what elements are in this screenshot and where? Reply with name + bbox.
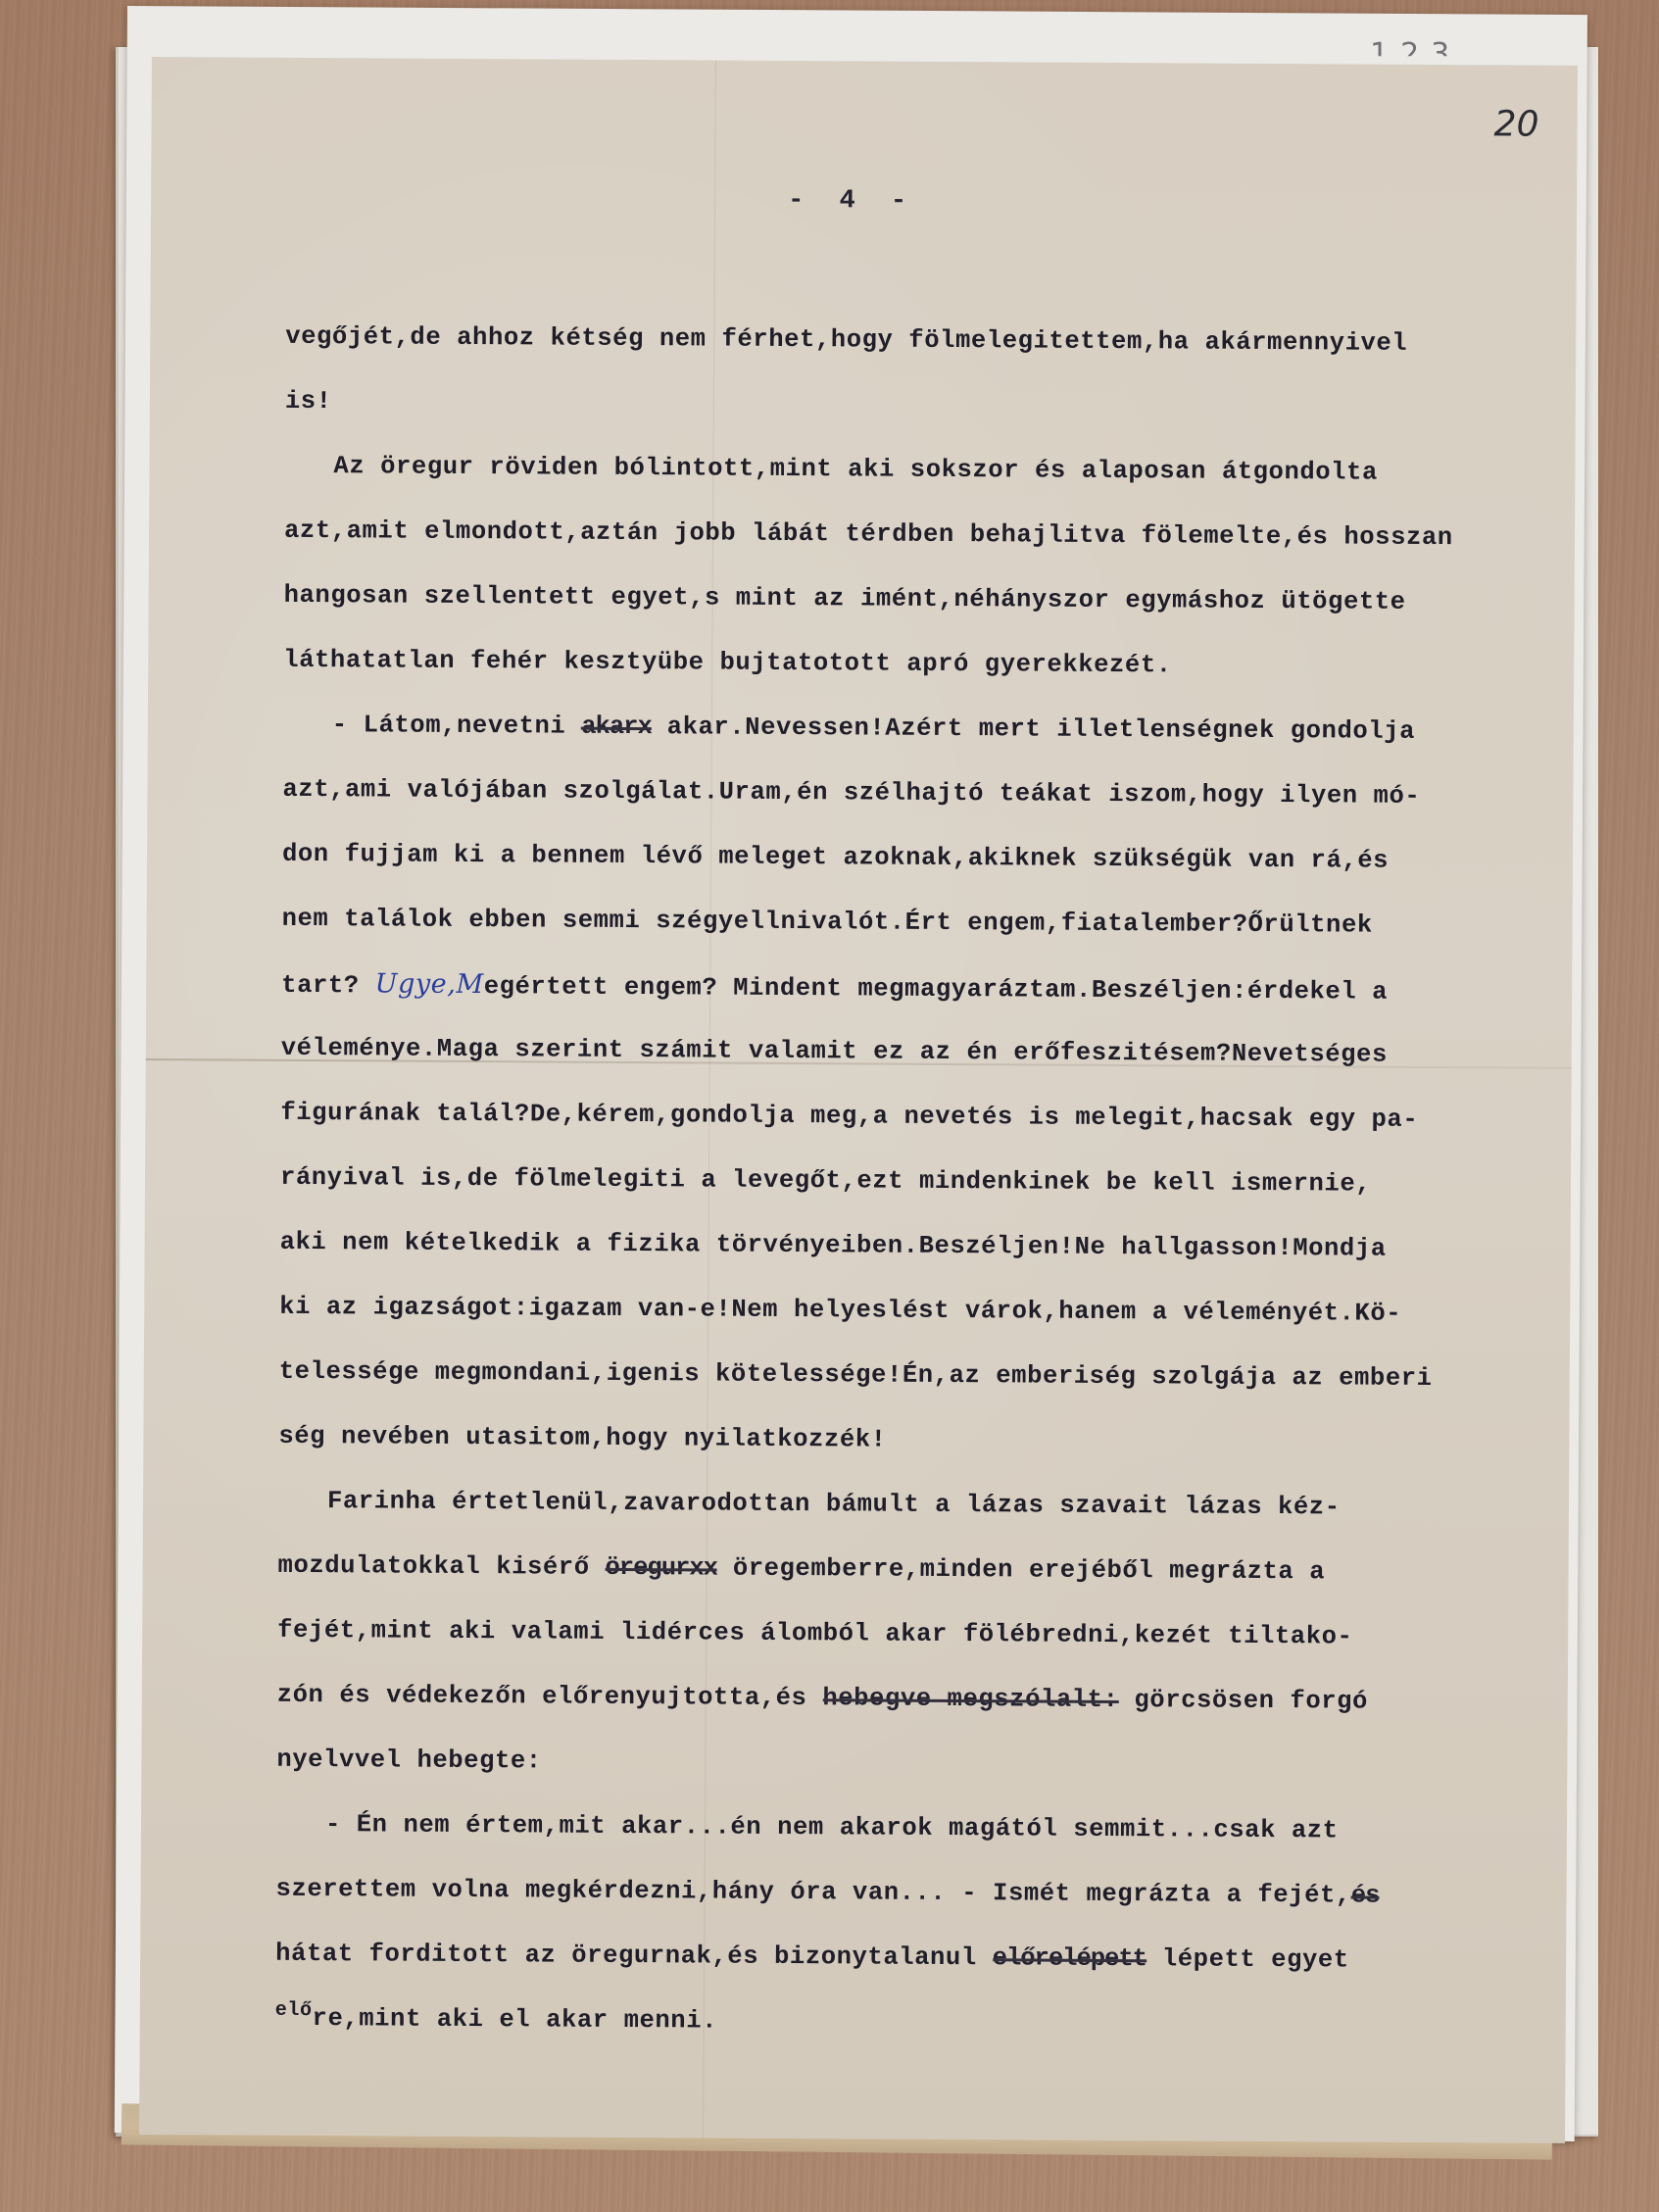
- text-line: ség nevében utasitom,hogy nyilatkozzék!: [278, 1404, 1562, 1477]
- typed-text: láthatatlan fehér kesztyübe bujtatotott …: [283, 646, 1172, 680]
- text-line: don fujjam ki a bennem lévő meleget azok…: [282, 822, 1566, 895]
- superscript-text: elő: [275, 1999, 313, 2022]
- typed-text: azt,ami valójában szolgálat.Uram,én szél…: [282, 775, 1420, 811]
- typed-text: mozdulatokkal kisérő: [278, 1551, 606, 1582]
- text-line: előre,mint aki el akar menni.: [275, 1987, 1559, 2059]
- typed-text: telessége megmondani,igenis kötelessége!…: [279, 1357, 1433, 1393]
- typed-text: vegőjét,de ahhoz kétség nem férhet,hogy …: [285, 322, 1407, 358]
- text-line: nem találok ebben semmi szégyellnivalót.…: [281, 887, 1565, 959]
- typed-text: hátat forditott az öregurnak,és bizonyta…: [275, 1940, 993, 1972]
- typed-text: rányival is,de fölmelegiti a levegőt,ezt…: [280, 1163, 1371, 1199]
- text-line: zón és védekezőn előrenyujtotta,és hebeg…: [277, 1663, 1561, 1736]
- typed-text: figurának talál?De,kérem,gondolja meg,a …: [280, 1099, 1418, 1134]
- crossed-out-word: öregurxx: [605, 1553, 717, 1583]
- text-line: telessége megmondani,igenis kötelessége!…: [279, 1340, 1563, 1412]
- typed-text: nem találok ebben semmi szégyellnivalót.…: [282, 905, 1373, 940]
- page-number: - 4 -: [788, 186, 916, 217]
- typed-text: - Látom,nevetni: [332, 711, 582, 741]
- text-line: hátat forditott az öregurnak,és bizonyta…: [275, 1922, 1559, 1994]
- typed-text: hangosan szellentett egyet,s mint az imé…: [284, 581, 1406, 616]
- typed-text: Az öregur röviden bólintott,mint aki sok…: [333, 452, 1378, 487]
- typed-text: nyelvvel hebegte:: [276, 1745, 542, 1776]
- typed-text: fejét,mint aki valami lidérces álomból a…: [277, 1616, 1352, 1651]
- typed-text: akar.Nevessen!Azért mert illetlenségnek …: [652, 713, 1415, 746]
- typed-text: szerettem volna megkérdezni,hány óra van…: [275, 1875, 1350, 1910]
- typed-text: lépett egyet: [1147, 1944, 1349, 1974]
- text-line: véleménye.Maga szerint számit valamit ez…: [281, 1016, 1565, 1089]
- text-line: Az öregur röviden bólintott,mint aki sok…: [284, 434, 1568, 507]
- typed-text: is!: [285, 387, 332, 416]
- text-line: ki az igazságot:igazam van-e!Nem helyesl…: [279, 1275, 1563, 1348]
- text-line: is!: [285, 369, 1569, 442]
- text-line: azt,amit elmondott,aztán jobb lábát térd…: [284, 499, 1568, 571]
- text-line: azt,ami valójában szolgálat.Uram,én szél…: [282, 758, 1566, 830]
- typed-text: véleménye.Maga szerint számit valamit ez…: [281, 1034, 1388, 1069]
- text-line: nyelvvel hebegte:: [276, 1728, 1560, 1800]
- text-line: - Látom,nevetni akarx akar.Nevessen!Azér…: [283, 693, 1567, 765]
- crossed-out-word: akarx: [581, 713, 652, 741]
- typed-text: zón és védekezőn előrenyujtotta,és: [277, 1681, 823, 1712]
- typed-text: - Én nem értem,mit akar...én nem akarok …: [325, 1810, 1339, 1844]
- typed-text: azt,amit elmondott,aztán jobb lábát térd…: [284, 516, 1453, 552]
- typed-text: re,mint aki el akar menni.: [313, 2004, 718, 2036]
- typed-text: don fujjam ki a bennem lévő meleget azok…: [282, 840, 1389, 875]
- text-line: szerettem volna megkérdezni,hány óra van…: [275, 1857, 1559, 1930]
- text-line: vegőjét,de ahhoz kétség nem férhet,hogy …: [285, 305, 1569, 377]
- typewritten-page: 20 - 4 - vegőjét,de ahhoz kétség nem fér…: [139, 57, 1578, 2143]
- text-line: fejét,mint aki valami lidérces álomból a…: [277, 1598, 1561, 1671]
- text-line: tart? Ugye,Megértett engem? Mindent megm…: [281, 952, 1565, 1024]
- text-line: aki nem kételkedik a fizika törvényeiben…: [279, 1210, 1563, 1283]
- crossed-out-word: és: [1351, 1882, 1380, 1910]
- typed-text: öregemberre,minden erejéből megrázta a: [717, 1554, 1325, 1587]
- typed-text: ki az igazságot:igazam van-e!Nem helyesl…: [279, 1293, 1401, 1328]
- typed-text-body: vegőjét,de ahhoz kétség nem férhet,hogy …: [275, 305, 1570, 2059]
- text-line: Farinha értetlenül,zavarodottan bámult a…: [278, 1469, 1562, 1542]
- folio-number: 20: [1493, 104, 1538, 144]
- crossed-out-word: előrelépett: [993, 1943, 1147, 1973]
- typed-text: aki nem kételkedik a fizika törvényeiben…: [280, 1228, 1387, 1263]
- struck-through-text: hebegve megszólalt:: [822, 1684, 1118, 1714]
- text-line: rányival is,de fölmelegiti a levegőt,ezt…: [280, 1146, 1564, 1218]
- text-line: láthatatlan fehér kesztyübe bujtatotott …: [283, 628, 1567, 701]
- text-line: - Én nem értem,mit akar...én nem akarok …: [276, 1793, 1560, 1865]
- text-line: figurának talál?De,kérem,gondolja meg,a …: [280, 1081, 1564, 1154]
- text-line: mozdulatokkal kisérő öregurxx öregemberr…: [277, 1534, 1561, 1606]
- typed-text: ség nevében utasitom,hogy nyilatkozzék!: [278, 1422, 886, 1454]
- typed-text: Farinha értetlenül,zavarodottan bámult a…: [327, 1487, 1341, 1521]
- typed-text: görcsösen forgó: [1118, 1686, 1368, 1716]
- handwritten-correction: Ugye,M: [375, 968, 484, 1000]
- text-line: hangosan szellentett egyet,s mint az imé…: [283, 564, 1567, 636]
- typed-text: tart?: [281, 971, 375, 1001]
- typed-text: egértett engem? Mindent megmagyaráztam.B…: [484, 972, 1389, 1007]
